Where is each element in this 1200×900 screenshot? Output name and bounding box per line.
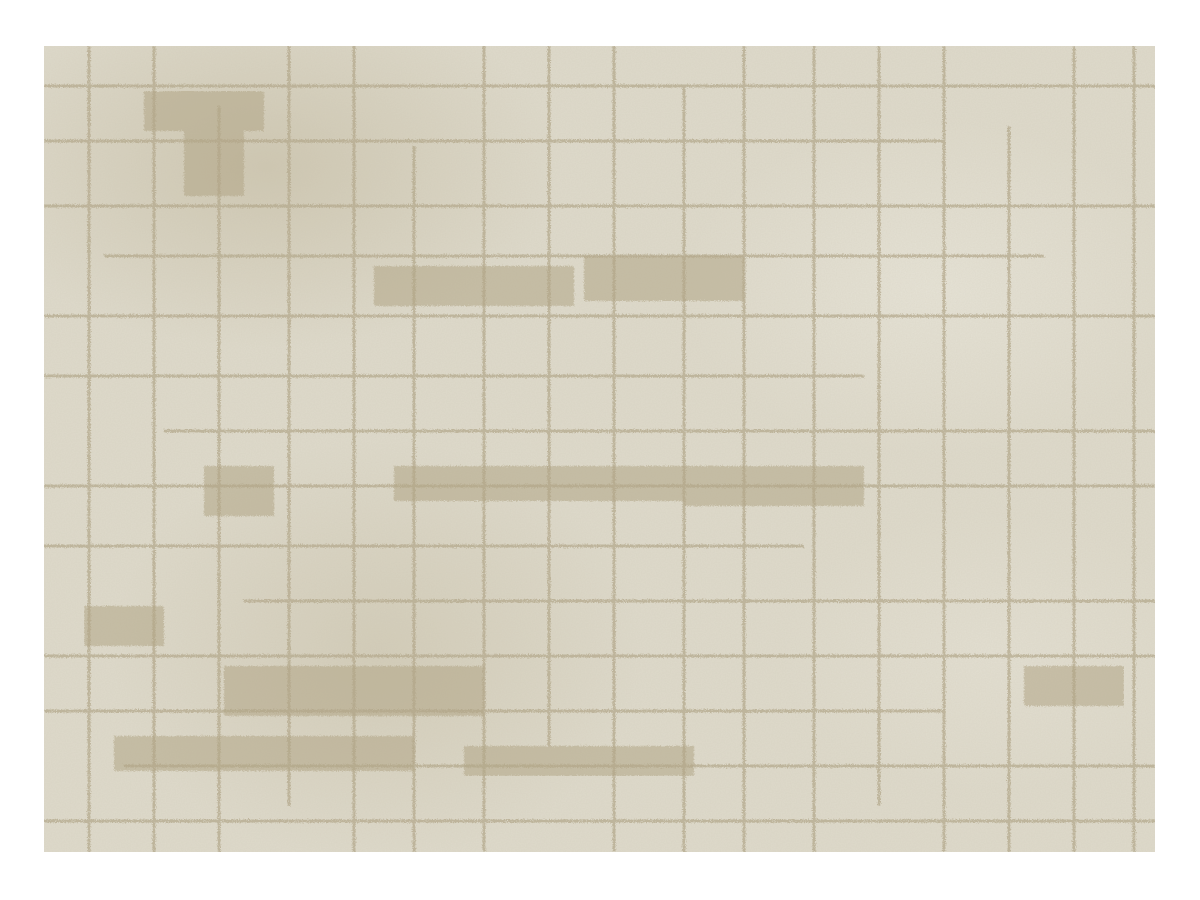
- rug-image: [44, 46, 1155, 852]
- crosshatch-pattern: [44, 46, 1155, 852]
